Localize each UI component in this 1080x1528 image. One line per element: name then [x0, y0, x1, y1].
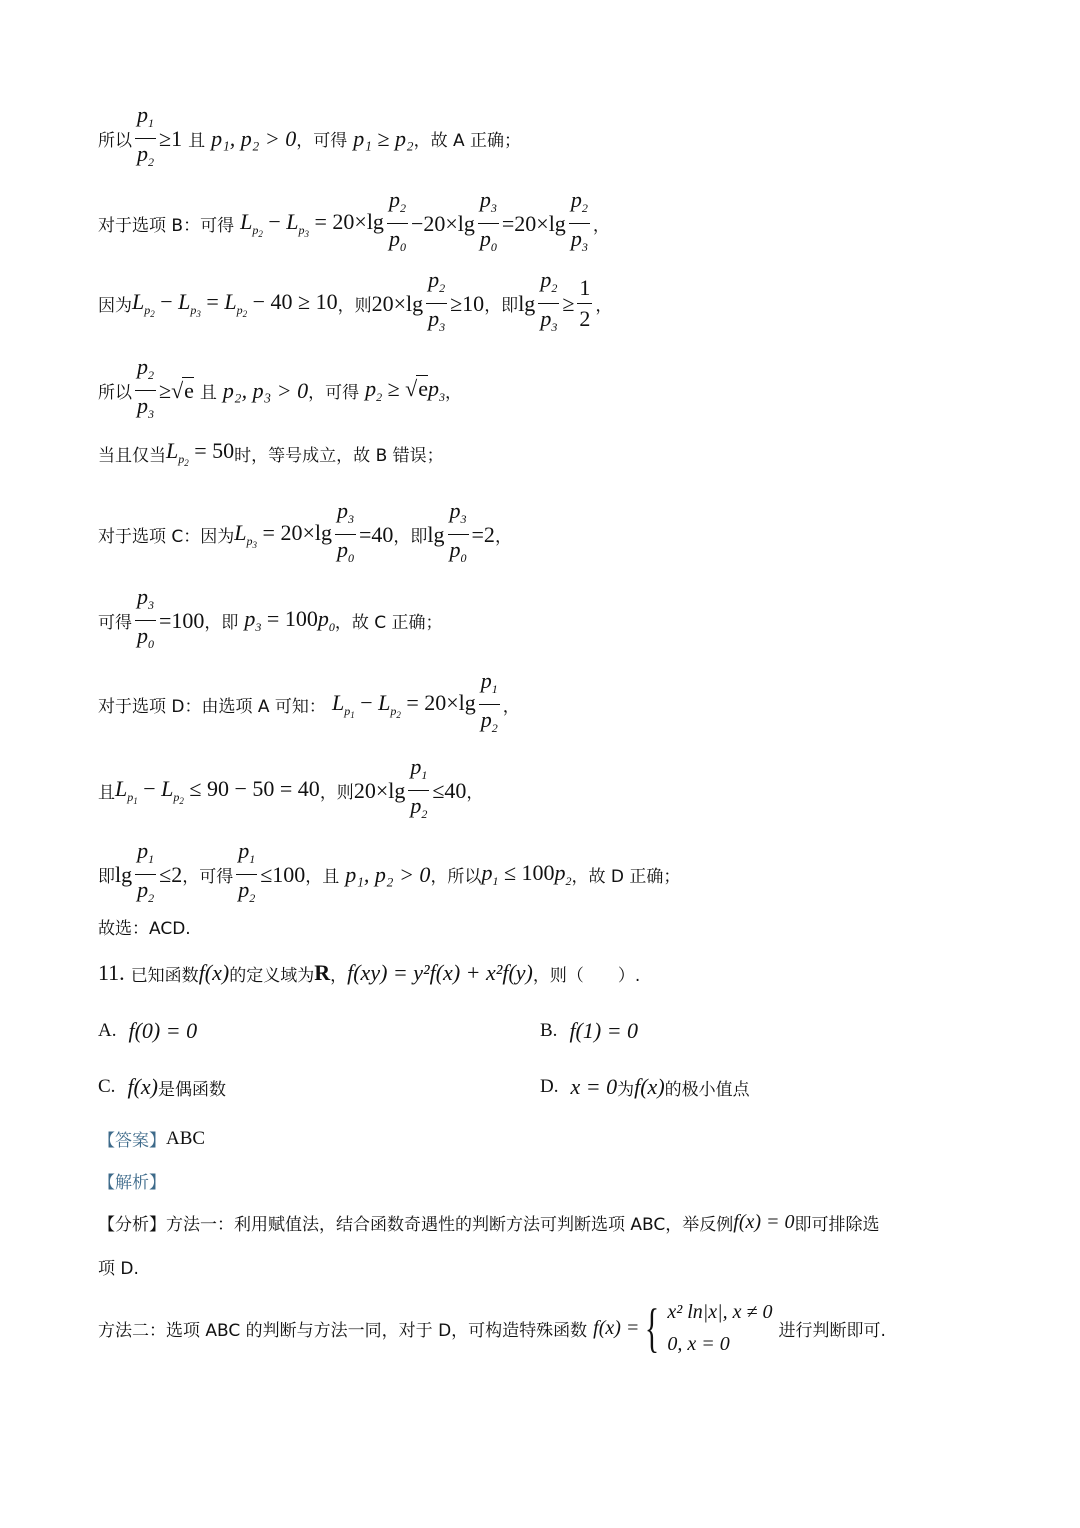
text: ，则（ ）. [533, 961, 640, 986]
text: 对于选项 C：因为 [98, 522, 234, 547]
fraction-one-half: 12 [577, 273, 592, 334]
text: 方法二：选项 ABC 的判断与方法一同，对于 D，可构造特殊函数 [98, 1316, 587, 1341]
text: ，可得 [308, 378, 359, 403]
text: 且 [98, 778, 115, 803]
fraction: p2p3 [135, 352, 156, 429]
text: 进行判断即可. [779, 1316, 886, 1341]
line-option-d: 对于选项 D：由选项 A 可知： Lp1 − Lp2 = 20×lg p1p2 … [98, 666, 520, 743]
math: R [314, 960, 330, 986]
text: ，且 [305, 862, 339, 887]
math-expression: Lp2 − Lp3 = Lp2 − 40 ≥ 10 [132, 289, 338, 319]
fraction: p3p0 [335, 496, 356, 573]
text: 方法一：利用赋值法，结合函数奇遇性的判断方法可判断选项 ABC，举反例 [166, 1210, 733, 1235]
text: ， [595, 291, 612, 316]
text: 已知函数 [131, 961, 199, 986]
text: 的定义域为 [229, 961, 314, 986]
answer-line: 【答案】 ABC [98, 1126, 205, 1151]
text: ，故 C 正确； [335, 608, 443, 633]
answer-label: 【答案】 [98, 1126, 166, 1151]
math: p₁, p₂ > 0 [345, 862, 430, 888]
math: Lp2 = 50 [166, 438, 234, 468]
text: 故选：ACD. [98, 914, 191, 939]
line-c-result: 可得 p3p0 =100 ，即 p3 = 100p0 ，故 C 正确； [98, 582, 443, 659]
math: f(0) = 0 [128, 1018, 197, 1044]
fraction: p1p2 [408, 752, 429, 829]
text: ， [466, 778, 483, 803]
text: 时，等号成立，故 B 错误； [234, 441, 443, 466]
analysis-method-1: 【分析】 方法一：利用赋值法，结合函数奇遇性的判断方法可判断选项 ABC，举反例… [98, 1210, 880, 1235]
math-expression: Lp2 − Lp3 = 20×lg [240, 209, 384, 239]
brace: { [645, 1301, 659, 1355]
math: f(x) [634, 1074, 665, 1100]
text: ， [495, 522, 512, 547]
text: 对于选项 B：可得 [98, 211, 234, 236]
fraction: p2p3 [538, 265, 559, 342]
line-because: 因为 Lp2 − Lp3 = Lp2 − 40 ≥ 10 ，则 20×lg p2… [98, 265, 612, 342]
math: Lp3 = 20×lg [234, 520, 332, 550]
math: p1 ≤ 100p2 [481, 860, 571, 889]
option-letter: A. [98, 1020, 116, 1042]
fraction: p2p0 [387, 185, 408, 262]
math: p2 ≥ √ep3 [365, 376, 445, 405]
math: p₂, p₃ > 0 [223, 378, 308, 404]
math: p3 = 100p0 [244, 606, 334, 635]
text: 当且仅当 [98, 441, 166, 466]
text: ， [503, 692, 520, 717]
math: f(1) = 0 [569, 1018, 638, 1044]
fraction: p1p2 [479, 666, 500, 743]
text: ，则 [338, 291, 372, 316]
text: ，故 D 正确； [572, 862, 681, 887]
fraction: p1p2 [135, 836, 156, 913]
line-d-result: 即 lg p1p2 ≤2 ，可得 p1p2 ≤100 ，且 p₁, p₂ > 0… [98, 836, 680, 913]
text: ，即 [484, 291, 518, 316]
text: 对于选项 D：由选项 A 可知： [98, 692, 326, 717]
text: 即可排除选 [795, 1210, 880, 1235]
fraction-p1-p2: p1 p2 [135, 100, 156, 177]
text: 可得 [98, 608, 132, 633]
analysis-heading: 【解析】 [98, 1168, 166, 1193]
text: ，则 [320, 778, 354, 803]
math-equation: f(xy) = y²f(x) + x²f(y) [347, 960, 533, 986]
line-option-b: 对于选项 B：可得 Lp2 − Lp3 = 20×lg p2p0 −20×lg … [98, 185, 610, 262]
question-11-stem: 11. 已知函数 f(x) 的定义域为 R ， f(xy) = y²f(x) +… [98, 960, 640, 986]
text: 是偶函数 [158, 1075, 226, 1100]
analysis-detail-label: 【分析】 [98, 1210, 166, 1235]
option-d: D. x = 0 为 f(x) 的极小值点 [540, 1074, 750, 1100]
option-letter: D. [540, 1076, 558, 1098]
text: ，可得 [182, 862, 233, 887]
line-conclusion-a: 所以 p1 p2 ≥1 且 p₁, p₂ > 0 ，可得 p₁ ≥ p₂ ，故 … [98, 100, 521, 177]
text: 的极小值点 [665, 1075, 750, 1100]
math: ≥1 [159, 126, 182, 152]
text: 项 D. [98, 1254, 139, 1279]
line-so-sqrt-e: 所以 p2p3 ≥√e 且 p₂, p₃ > 0 ，可得 p2 ≥ √ep3 ， [98, 352, 462, 429]
text: 所以 [98, 126, 132, 151]
line-choose: 故选：ACD. [98, 914, 191, 939]
case-2: 0, x = 0 [667, 1328, 772, 1360]
text: ，所以 [430, 862, 481, 887]
math: x = 0 [570, 1074, 617, 1100]
math: Lp1 − Lp2 ≤ 90 − 50 = 40 [115, 776, 320, 806]
math: f(x) [127, 1074, 158, 1100]
case-1: x² ln|x|, x ≠ 0 [667, 1296, 772, 1328]
question-number: 11. [98, 960, 125, 986]
fraction: p3p0 [135, 582, 156, 659]
piecewise-function: { x² ln|x|, x ≠ 0 0, x = 0 [639, 1296, 772, 1360]
text: ， [593, 211, 610, 236]
math: p₁ ≥ p₂ [353, 126, 413, 152]
analysis-method-2: 方法二：选项 ABC 的判断与方法一同，对于 D，可构造特殊函数 f(x) = … [98, 1296, 886, 1360]
text: 且 [188, 126, 205, 151]
text: ， [330, 961, 347, 986]
fraction: p2p3 [426, 265, 447, 342]
text: ， [445, 378, 462, 403]
option-letter: C. [98, 1076, 115, 1098]
math: p₁, p₂ > 0 [211, 126, 296, 152]
fraction: p3p0 [448, 496, 469, 573]
fraction: p1p2 [236, 836, 257, 913]
line-d-bound: 且 Lp1 − Lp2 ≤ 90 − 50 = 40 ，则 20×lg p1p2… [98, 752, 483, 829]
text: ，即 [204, 608, 238, 633]
option-letter: B. [540, 1020, 557, 1042]
option-b: B. f(1) = 0 [540, 1018, 638, 1044]
math: f(x) = 0 [733, 1211, 794, 1234]
option-a: A. f(0) = 0 [98, 1018, 197, 1044]
fraction: p2p3 [569, 185, 590, 262]
math: f(x) [199, 960, 230, 986]
line-equality: 当且仅当 Lp2 = 50 时，等号成立，故 B 错误； [98, 438, 444, 468]
text: 所以 [98, 378, 132, 403]
analysis-label: 【解析】 [98, 1168, 166, 1193]
text: 为 [617, 1075, 634, 1100]
analysis-method-1-cont: 项 D. [98, 1254, 139, 1279]
fraction: p3p0 [478, 185, 499, 262]
math: Lp1 − Lp2 = 20×lg [332, 690, 476, 720]
text: ，即 [393, 522, 427, 547]
text: 即 [98, 862, 115, 887]
text: 因为 [98, 291, 132, 316]
option-c: C. f(x) 是偶函数 [98, 1074, 226, 1100]
text: ，故 A 正确； [414, 126, 521, 151]
math: f(x) = [593, 1317, 639, 1340]
answer-value: ABC [166, 1128, 205, 1150]
text: ，可得 [296, 126, 347, 151]
text: 且 [200, 378, 217, 403]
line-option-c: 对于选项 C：因为 Lp3 = 20×lg p3p0 =40 ，即 lg p3p… [98, 496, 512, 573]
